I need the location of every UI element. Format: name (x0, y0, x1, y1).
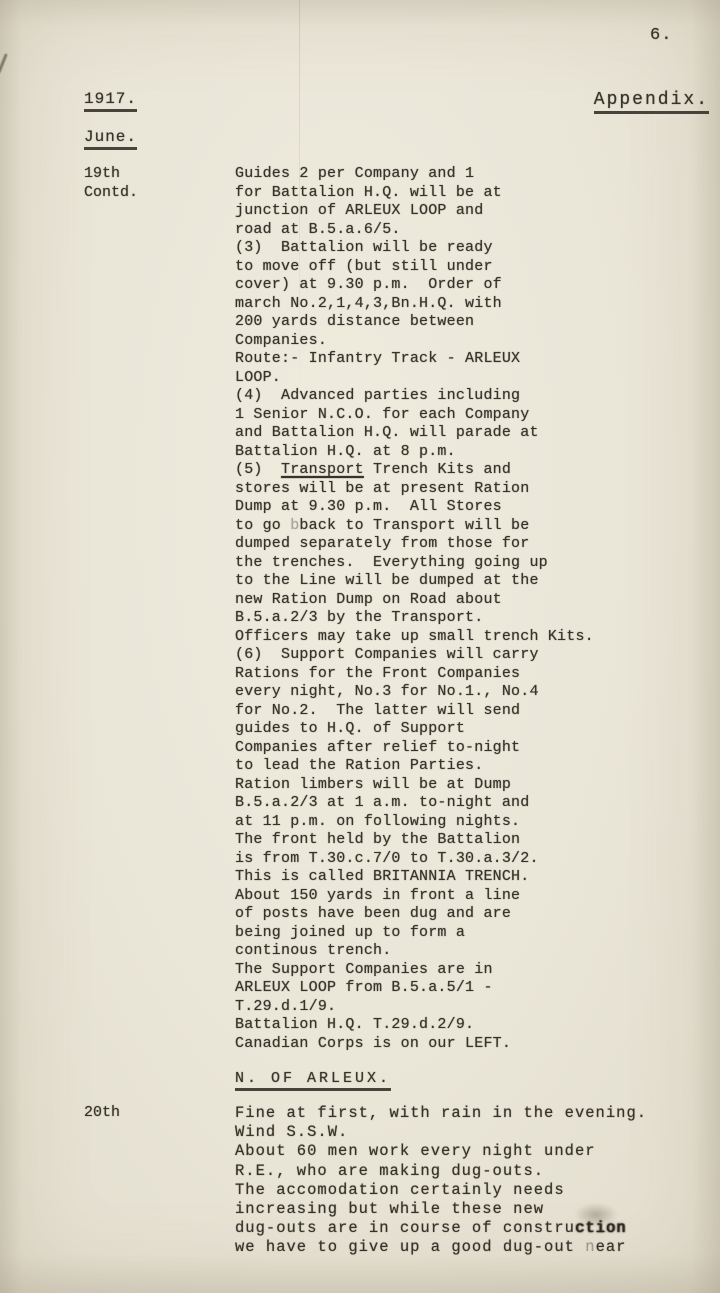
diary-line: dug-outs are in course of construction (235, 1219, 710, 1238)
year-heading: 1917. (84, 90, 137, 112)
diary-line: junction of ARLEUX LOOP and (235, 202, 710, 221)
diary-line: ARLEUX LOOP from B.5.a.5/1 - (235, 979, 710, 998)
diary-line: Battalion H.Q. T.29.d.2/9. (235, 1016, 710, 1035)
appendix-heading-text: Appendix. (594, 90, 709, 114)
month-heading-text: June. (84, 128, 137, 150)
year-heading-text: 1917. (84, 90, 137, 112)
diary-line: at 11 p.m. on following nights. (235, 813, 710, 832)
date-label-line: Contd. (84, 184, 138, 203)
diary-line: T.29.d.1/9. (235, 998, 710, 1017)
diary-line: (5) Transport Trench Kits and (235, 461, 710, 480)
diary-line: The Support Companies are in (235, 961, 710, 980)
ghost-overstrike-text: b (290, 517, 299, 534)
diary-line: About 150 yards in front a line (235, 887, 710, 906)
diary-line: road at B.5.a.6/5. (235, 221, 710, 240)
diary-line: to go bback to Transport will be (235, 517, 710, 536)
diary-line: the trenches. Everything going up (235, 554, 710, 573)
diary-line: (4) Advanced parties including (235, 387, 710, 406)
section-heading: N. OF ARLEUX. (235, 1070, 391, 1091)
section-heading-text: N. OF ARLEUX. (235, 1070, 391, 1091)
diary-line: Guides 2 per Company and 1 (235, 165, 710, 184)
diary-line: continous trench. (235, 942, 710, 961)
diary-line: new Ration Dump on Road about (235, 591, 710, 610)
diary-line: every night, No.3 for No.1., No.4 (235, 683, 710, 702)
scanned-diary-page: 6. 1917. Appendix. June. 19thContd. Guid… (0, 0, 720, 1293)
entry-date-label: 19thContd. (84, 165, 138, 202)
diary-line: Wind S.S.W. (235, 1123, 710, 1142)
diary-line: guides to H.Q. of Support (235, 720, 710, 739)
diary-line: Companies. (235, 332, 710, 351)
month-heading: June. (84, 128, 137, 150)
entry-body: Fine at first, with rain in the evening.… (235, 1104, 710, 1258)
diary-line: Fine at first, with rain in the evening. (235, 1104, 710, 1123)
diary-line: to the Line will be dumped at the (235, 572, 710, 591)
diary-line: stores will be at present Ration (235, 480, 710, 499)
diary-line: cover) at 9.30 p.m. Order of (235, 276, 710, 295)
diary-line: Officers may take up small trench Kits. (235, 628, 710, 647)
diary-line: Battalion H.Q. at 8 p.m. (235, 443, 710, 462)
diary-line: Rations for the Front Companies (235, 665, 710, 684)
underlined-text: Transport (281, 461, 364, 478)
diary-line: increasing but while these new (235, 1200, 710, 1219)
appendix-heading: Appendix. (594, 90, 709, 114)
diary-line: Dump at 9.30 p.m. All Stores (235, 498, 710, 517)
diary-line: march No.2,1,4,3,Bn.H.Q. with (235, 295, 710, 314)
diary-line: we have to give up a good dug-out near (235, 1238, 710, 1257)
date-label-line: 20th (84, 1104, 120, 1123)
diary-line: Ration limbers will be at Dump (235, 776, 710, 795)
diary-line: About 60 men work every night under (235, 1142, 710, 1161)
diary-line: This is called BRITANNIA TRENCH. (235, 868, 710, 887)
diary-line: (3) Battalion will be ready (235, 239, 710, 258)
paper-scratch-mark (0, 53, 8, 74)
diary-line: The front held by the Battalion (235, 831, 710, 850)
diary-line: The accomodation certainly needs (235, 1181, 710, 1200)
entry-body: Guides 2 per Company and 1for Battalion … (235, 165, 710, 1053)
diary-line: and Battalion H.Q. will parade at (235, 424, 710, 443)
date-label-line: 19th (84, 165, 138, 184)
diary-line: (6) Support Companies will carry (235, 646, 710, 665)
overtyped-text: ction (575, 1219, 627, 1237)
diary-line: B.5.a.2/3 by the Transport. (235, 609, 710, 628)
diary-line: dumped separately from those for (235, 535, 710, 554)
diary-line: Canadian Corps is on our LEFT. (235, 1035, 710, 1054)
entry-date-label: 20th (84, 1104, 120, 1123)
diary-line: is from T.30.c.7/0 to T.30.a.3/2. (235, 850, 710, 869)
diary-line: LOOP. (235, 369, 710, 388)
diary-line: to lead the Ration Parties. (235, 757, 710, 776)
diary-line: to move off (but still under (235, 258, 710, 277)
page-number: 6. (650, 26, 672, 45)
diary-line: of posts have been dug and are (235, 905, 710, 924)
diary-line: for No.2. The latter will send (235, 702, 710, 721)
diary-line: 1 Senior N.C.O. for each Company (235, 406, 710, 425)
diary-line: B.5.a.2/3 at 1 a.m. to-night and (235, 794, 710, 813)
ghost-overstrike-text: n (585, 1238, 595, 1256)
diary-line: for Battalion H.Q. will be at (235, 184, 710, 203)
diary-line: R.E., who are making dug-outs. (235, 1162, 710, 1181)
diary-line: Route:- Infantry Track - ARLEUX (235, 350, 710, 369)
diary-line: 200 yards distance between (235, 313, 710, 332)
diary-line: Companies after relief to-night (235, 739, 710, 758)
diary-line: being joined up to form a (235, 924, 710, 943)
